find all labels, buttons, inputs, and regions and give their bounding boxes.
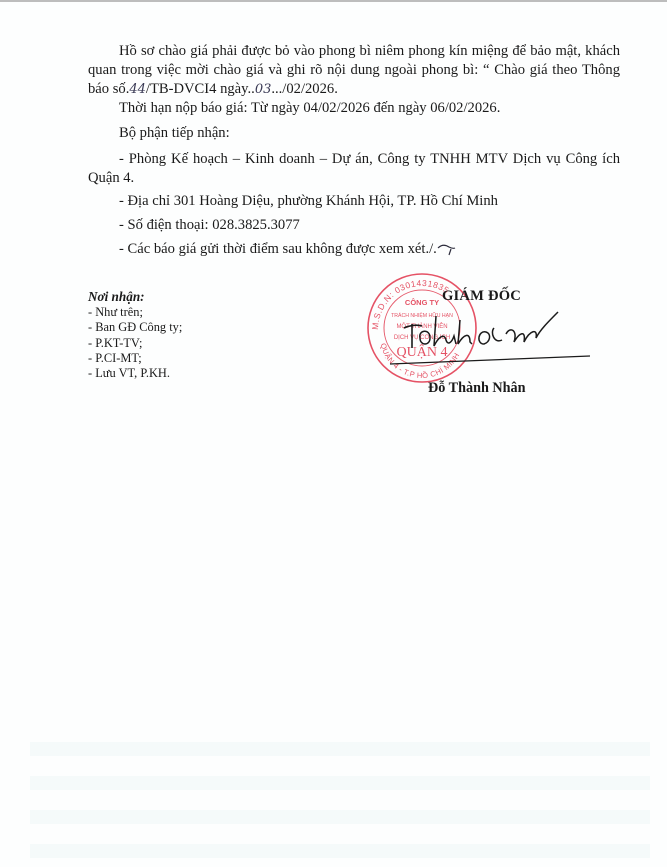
handwritten-signature-icon xyxy=(390,302,600,372)
document-page: Hồ sơ chào giá phải được bỏ vào phong bì… xyxy=(0,0,667,867)
recipient-item: - Ban GĐ Công ty; xyxy=(88,320,182,335)
scan-bleed-through xyxy=(30,742,650,862)
late-notice-text: - Các báo giá gửi thời điểm sau không đư… xyxy=(119,241,437,257)
recipient-item: - Như trên; xyxy=(88,305,182,320)
recipient-item: - P.CI-MT; xyxy=(88,351,182,366)
signatory-name: Đỗ Thành Nhân xyxy=(428,380,526,397)
handwritten-notice-number: 44 xyxy=(129,82,146,97)
recipients-title: Nơi nhận: xyxy=(88,289,182,305)
handwritten-day: 03 xyxy=(255,82,272,97)
envelope-text-end: .../02/2026. xyxy=(271,81,337,97)
envelope-text-middle: /TB-DVCI4 ngày.. xyxy=(146,81,255,97)
receiving-department-label: Bộ phận tiếp nhận: xyxy=(88,124,620,143)
recipients-block: Nơi nhận: - Như trên; - Ban GĐ Công ty; … xyxy=(88,289,182,381)
handwritten-check-icon xyxy=(437,242,457,256)
deadline-paragraph: Thời hạn nộp báo giá: Từ ngày 04/02/2026… xyxy=(88,99,620,118)
address-paragraph: - Địa chỉ 301 Hoàng Diệu, phường Khánh H… xyxy=(88,192,620,211)
phone-paragraph: - Số điện thoại: 028.3825.3077 xyxy=(88,216,620,235)
department-paragraph: - Phòng Kế hoạch – Kinh doanh – Dự án, C… xyxy=(88,150,620,188)
recipient-item: - P.KT-TV; xyxy=(88,336,182,351)
recipient-item: - Lưu VT, P.KH. xyxy=(88,366,182,381)
late-notice-paragraph: - Các báo giá gửi thời điểm sau không đư… xyxy=(88,240,620,259)
envelope-paragraph: Hồ sơ chào giá phải được bỏ vào phong bì… xyxy=(88,42,620,99)
